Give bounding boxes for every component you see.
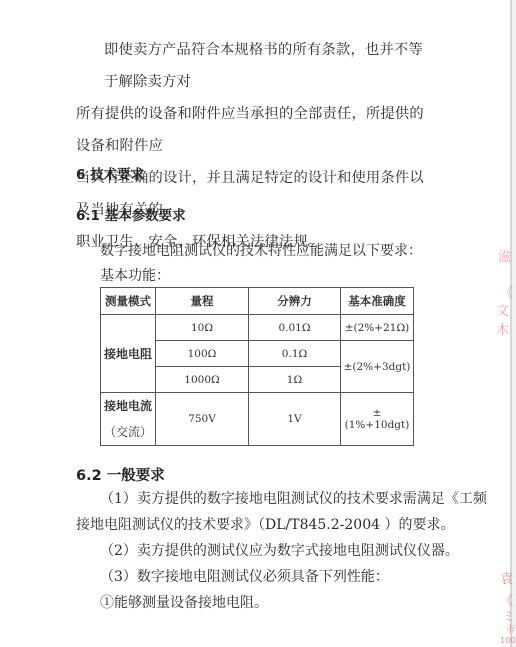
col-header-mode: 测量模式 bbox=[101, 288, 156, 315]
mode-sublabel: （交流） bbox=[101, 419, 155, 445]
resolution-cell: 1V bbox=[249, 393, 341, 446]
stamp-upper-char-2: 《 bbox=[500, 282, 513, 301]
accuracy-cell: ±(1%+10dgt) bbox=[341, 393, 414, 446]
mode-cell-ground-current: 接地电流 （交流） bbox=[101, 393, 156, 446]
range-cell: 10Ω bbox=[156, 315, 249, 341]
stamp-upper-char-3: 文木 bbox=[496, 300, 516, 338]
intro-paragraph: 即使卖方产品符合本规格书的所有条款，也并不等于解除卖方对 所有提供的设备和附件应… bbox=[76, 34, 436, 258]
section-6-1-intro: 数字接地电阻测试仪的技术特性应能满足以下要求： bbox=[100, 240, 422, 260]
section-6-1-heading: 6.1 基本参数要求 bbox=[76, 204, 186, 224]
intro-line-2: 所有提供的设备和附件应当承担的全部责任，所提供的设备和附件应 bbox=[76, 98, 436, 162]
accuracy-cell: ±(2%+21Ω) bbox=[341, 315, 414, 341]
range-cell: 100Ω bbox=[156, 341, 249, 367]
mode-label: 接地电流 bbox=[101, 393, 155, 419]
range-cell: 750V bbox=[156, 393, 249, 446]
stamp-lower-code: 1001 bbox=[500, 636, 516, 645]
requirement-3-item-1: ①能够测量设备接地电阻。 bbox=[100, 592, 268, 612]
stamp-lower-char-4: 市 bbox=[506, 622, 515, 635]
intro-line-1: 即使卖方产品符合本规格书的所有条款，也并不等于解除卖方对 bbox=[76, 34, 436, 98]
table-row: 接地电流 （交流） 750V 1V ±(1%+10dgt) bbox=[101, 393, 414, 446]
spec-table: 测量模式 量程 分辨力 基本准确度 接地电阻 10Ω 0.01Ω ±(2%+21… bbox=[100, 287, 414, 446]
requirement-1-line-2: 接地电阻测试仪的技术要求》（DL/T845.2-2004 ）的要求。 bbox=[76, 514, 454, 534]
resolution-cell: 0.1Ω bbox=[249, 341, 341, 367]
col-header-accuracy: 基本准确度 bbox=[341, 288, 414, 315]
stamp-lower-char-1: 袁 bbox=[500, 568, 513, 587]
table-row: 接地电阻 10Ω 0.01Ω ±(2%+21Ω) bbox=[101, 315, 414, 341]
stamp-upper-char-1: 滋 bbox=[498, 246, 511, 265]
resolution-cell: 0.01Ω bbox=[249, 315, 341, 341]
table-header-row: 测量模式 量程 分辨力 基本准确度 bbox=[101, 288, 414, 315]
section-6-2-heading: 6.2 一般要求 bbox=[76, 464, 165, 485]
section-6-heading: 6 技术要求 bbox=[76, 163, 144, 183]
col-header-range: 量程 bbox=[156, 288, 249, 315]
mode-cell-ground-resistance: 接地电阻 bbox=[101, 315, 156, 393]
accuracy-cell: ±(2%+3dgt) bbox=[341, 341, 414, 393]
resolution-cell: 1Ω bbox=[249, 367, 341, 393]
requirement-2: （2）卖方提供的测试仪应为数字式接地电阻测试仪仪器。 bbox=[100, 540, 459, 560]
requirement-1-line-1: （1）卖方提供的数字接地电阻测试仪的技术要求需满足《工频 bbox=[100, 488, 487, 508]
requirement-3: （3）数字接地电阻测试仪必须具备下列性能： bbox=[100, 566, 389, 586]
col-header-resolution: 分辨力 bbox=[249, 288, 341, 315]
range-cell: 1000Ω bbox=[156, 367, 249, 393]
basic-functions-label: 基本功能： bbox=[100, 265, 170, 285]
